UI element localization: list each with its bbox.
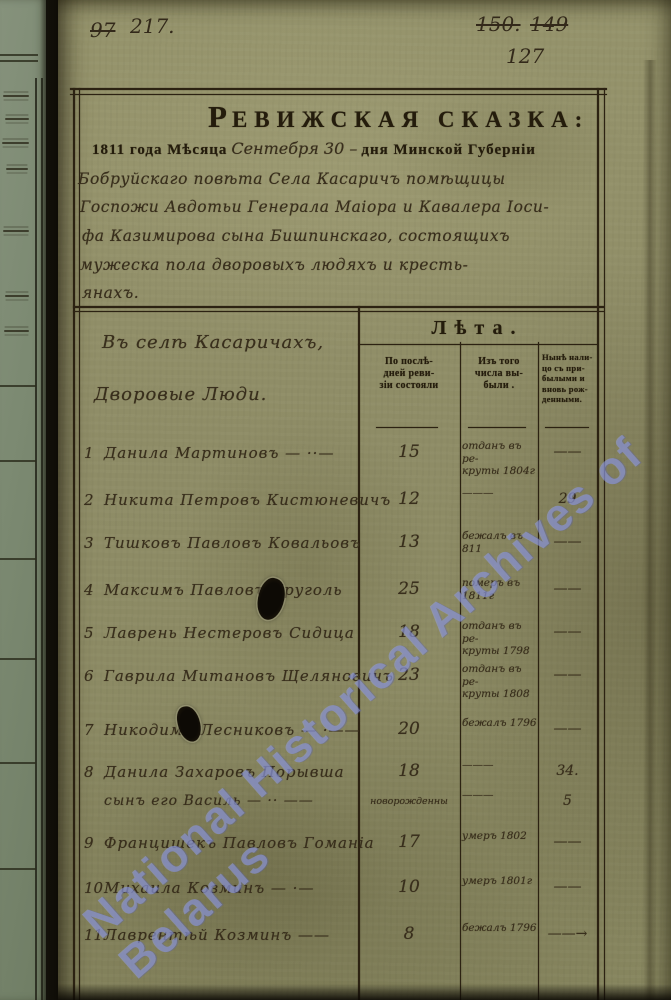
paper-crease xyxy=(643,60,657,1000)
person-name: сынъ его Василь — ·· —— xyxy=(104,793,314,809)
age-previous: 12 xyxy=(358,489,460,509)
illegible-handwriting-fragment xyxy=(4,330,29,332)
person-name: Тишковъ Павловъ Ковальовъ xyxy=(104,534,361,552)
archival-scan: 97 217. 150. 149 127 РЕВИЖСКАЯ СКАЗКА: 1… xyxy=(0,0,671,1000)
row-number: 10 xyxy=(84,879,103,897)
table-top-line xyxy=(73,306,604,308)
departure-note: померъ въ1811г xyxy=(462,577,538,602)
frame-line xyxy=(604,88,605,1000)
date-printed-end: дня Минской Губерніи xyxy=(361,142,536,158)
table-caption: Въ селѣ Касаричахъ, xyxy=(102,332,324,353)
facing-page-row-line xyxy=(0,762,36,764)
date-handwritten: Сентебря 30 – xyxy=(231,139,357,158)
departure-note: отданъ въ ре-круты 1798 xyxy=(462,620,538,658)
age-current: —— xyxy=(538,834,597,850)
table-row: 10 Михаила Козминъ — ·— 10 умеръ 1801г —… xyxy=(78,873,600,917)
age-current: 29 xyxy=(538,491,597,507)
person-name: Данила Мартиновъ — ··— xyxy=(104,444,334,462)
person-name: Михаила Козминъ — ·— xyxy=(104,879,314,897)
age-previous: новорожденны xyxy=(358,796,460,807)
date-line: 1811 года Мѣсяца Сентебря 30 – дня Минск… xyxy=(92,139,536,159)
frame-line xyxy=(70,88,607,90)
facing-page-row-line xyxy=(0,868,36,870)
table-top-line xyxy=(73,311,604,312)
age-current: ——→ xyxy=(538,926,597,942)
age-previous: 10 xyxy=(358,877,460,897)
illegible-handwriting-fragment xyxy=(5,118,29,120)
preamble-line: янахъ. xyxy=(82,284,139,302)
illegible-handwriting-fragment xyxy=(3,95,29,97)
age-current: —— xyxy=(538,879,597,895)
facing-page-row-line xyxy=(0,385,36,387)
facing-page-row-line xyxy=(0,460,36,462)
person-name: Лаврентѣй Козминъ —— xyxy=(104,926,330,944)
person-name: Никита Петровъ Кистюневичъ xyxy=(104,491,391,509)
age-previous: 25 xyxy=(358,579,460,599)
table-row: 4 Максимъ Павловъ Круголь 25 померъ въ18… xyxy=(78,575,600,619)
table-caption: Дворовые Люди. xyxy=(94,384,267,405)
column-header-previous-revision: По послѣ- дней реви- зіи состояли xyxy=(362,356,456,392)
departure-note: умеръ 1801г xyxy=(462,875,538,888)
row-number: 5 xyxy=(84,624,94,642)
table-row: 6 Гаврила Митановъ Щеляновичъ 23 отданъ … xyxy=(78,661,600,705)
illegible-handwriting-fragment xyxy=(6,168,28,170)
row-number: 8 xyxy=(84,763,94,781)
row-number: 7 xyxy=(84,721,94,739)
table-row: 3 Тишковъ Павловъ Ковальовъ 13 бежалъ въ… xyxy=(78,528,600,572)
person-name: Данила Захаровъ Порывша xyxy=(104,763,345,781)
header-cell-tick xyxy=(376,427,438,428)
row-number: 6 xyxy=(84,667,94,685)
page-number-older-right: 149 xyxy=(530,12,568,36)
title-initial: Р xyxy=(208,99,232,134)
age-previous: 17 xyxy=(358,832,460,852)
page-bottom-shadow xyxy=(58,984,671,1000)
column-header-now-present: Нынѣ нали- цо съ при- былыми и вновь рож… xyxy=(542,352,594,405)
person-name: Францишекъ Павловъ Гоманіа xyxy=(104,834,375,852)
age-previous: 15 xyxy=(358,442,460,462)
age-previous: 13 xyxy=(358,532,460,552)
page-number-new-right: 127 xyxy=(506,44,544,68)
page-number-old-left: 97 xyxy=(90,18,115,42)
departure-note: умеръ 1802 xyxy=(462,830,538,843)
document-title: РЕВИЖСКАЯ СКАЗКА: xyxy=(208,99,589,135)
person-name: Лаврень Нестеровъ Сидица xyxy=(104,624,355,642)
age-current: —— xyxy=(538,581,597,597)
frame-line xyxy=(73,88,75,1000)
age-current: —— xyxy=(538,667,597,683)
preamble-line: Бобруйскаго повѣта Села Касаричъ помѣщиц… xyxy=(78,170,506,188)
age-previous: 18 xyxy=(358,761,460,781)
table-row: 11 Лаврентѣй Козминъ —— 8 бежалъ 1796 ——… xyxy=(78,920,600,964)
row-number: 4 xyxy=(84,581,94,599)
facing-page-row-line xyxy=(0,558,36,560)
table-row: 2 Никита Петровъ Кистюневичъ 12 ——— 29 xyxy=(78,485,600,529)
table-row: 1 Данила Мартиновъ — ··— 15 отданъ въ ре… xyxy=(78,438,600,482)
age-current: 34. xyxy=(538,763,597,779)
header-cell-tick xyxy=(468,427,526,428)
age-current: —— xyxy=(538,624,597,640)
header-underline xyxy=(358,344,597,345)
departure-note: ——— xyxy=(462,789,538,802)
departure-note: отданъ въ ре-круты 1804г xyxy=(462,440,538,478)
preamble-line: Госпожи Авдотьи Генерала Маіора и Кавале… xyxy=(80,198,549,216)
person-name: Максимъ Павловъ Круголь xyxy=(104,581,343,599)
row-number: 9 xyxy=(84,834,94,852)
table-row: 5 Лаврень Нестеровъ Сидица 18 отданъ въ … xyxy=(78,618,600,662)
person-name: Никодимъ Лесниковъ — ·—— xyxy=(104,721,360,739)
departure-note: ——— xyxy=(462,759,538,772)
age-current: —— xyxy=(538,534,597,550)
age-current: 5 xyxy=(538,793,597,809)
preamble-line: фа Казимирова сына Бишпинскаго, состоящи… xyxy=(82,227,510,245)
table-subrow: сынъ его Василь — ·· —— новорожденны ———… xyxy=(78,787,600,831)
column-header-departed: Изъ того числа вы- были . xyxy=(464,356,534,392)
facing-page-column-line xyxy=(35,78,37,1000)
age-current: —— xyxy=(538,444,597,460)
frame-line xyxy=(70,94,607,95)
row-number: 3 xyxy=(84,534,94,552)
row-number: 11 xyxy=(84,926,103,944)
date-printed-start: 1811 года Мѣсяца xyxy=(92,142,227,158)
departure-note: бежалъ въ 811 xyxy=(462,530,538,555)
row-number: 1 xyxy=(84,444,94,462)
table-row: 7 Никодимъ Лесниковъ — ·—— 20 бежалъ 179… xyxy=(78,715,600,759)
departure-note: отданъ въ ре-круты 1808 xyxy=(462,663,538,701)
departure-note: бежалъ 1796 xyxy=(462,717,538,730)
facing-page-row-line xyxy=(0,658,36,660)
departure-note: бежалъ 1796 xyxy=(462,922,538,935)
page-number-left: 217. xyxy=(130,14,175,38)
document-page: 97 217. 150. 149 127 РЕВИЖСКАЯ СКАЗКА: 1… xyxy=(58,0,671,1000)
page-number-old-right: 150. xyxy=(476,12,521,36)
age-previous: 18 xyxy=(358,622,460,642)
illegible-handwriting-fragment xyxy=(5,295,29,297)
facing-page-frame-line xyxy=(0,60,38,62)
table-row: 9 Францишекъ Павловъ Гоманіа 17 умеръ 18… xyxy=(78,828,600,872)
departure-note: ——— xyxy=(462,487,538,500)
row-number: 2 xyxy=(84,491,94,509)
age-section-header: Лѣта. xyxy=(358,317,597,340)
person-name: Гаврила Митановъ Щеляновичъ xyxy=(104,667,394,685)
title-rest: ЕВИЖСКАЯ СКАЗКА: xyxy=(232,107,589,132)
age-previous: 23 xyxy=(358,665,460,685)
preamble-line: мужеска пола дворовыхъ людяхъ и кресть- xyxy=(80,256,468,274)
illegible-handwriting-fragment xyxy=(3,230,29,232)
age-previous: 8 xyxy=(358,924,460,944)
header-cell-tick xyxy=(545,427,589,428)
age-previous: 20 xyxy=(358,719,460,739)
illegible-handwriting-fragment xyxy=(2,142,29,144)
age-current: —— xyxy=(538,721,597,737)
facing-page-frame-line xyxy=(0,54,38,56)
